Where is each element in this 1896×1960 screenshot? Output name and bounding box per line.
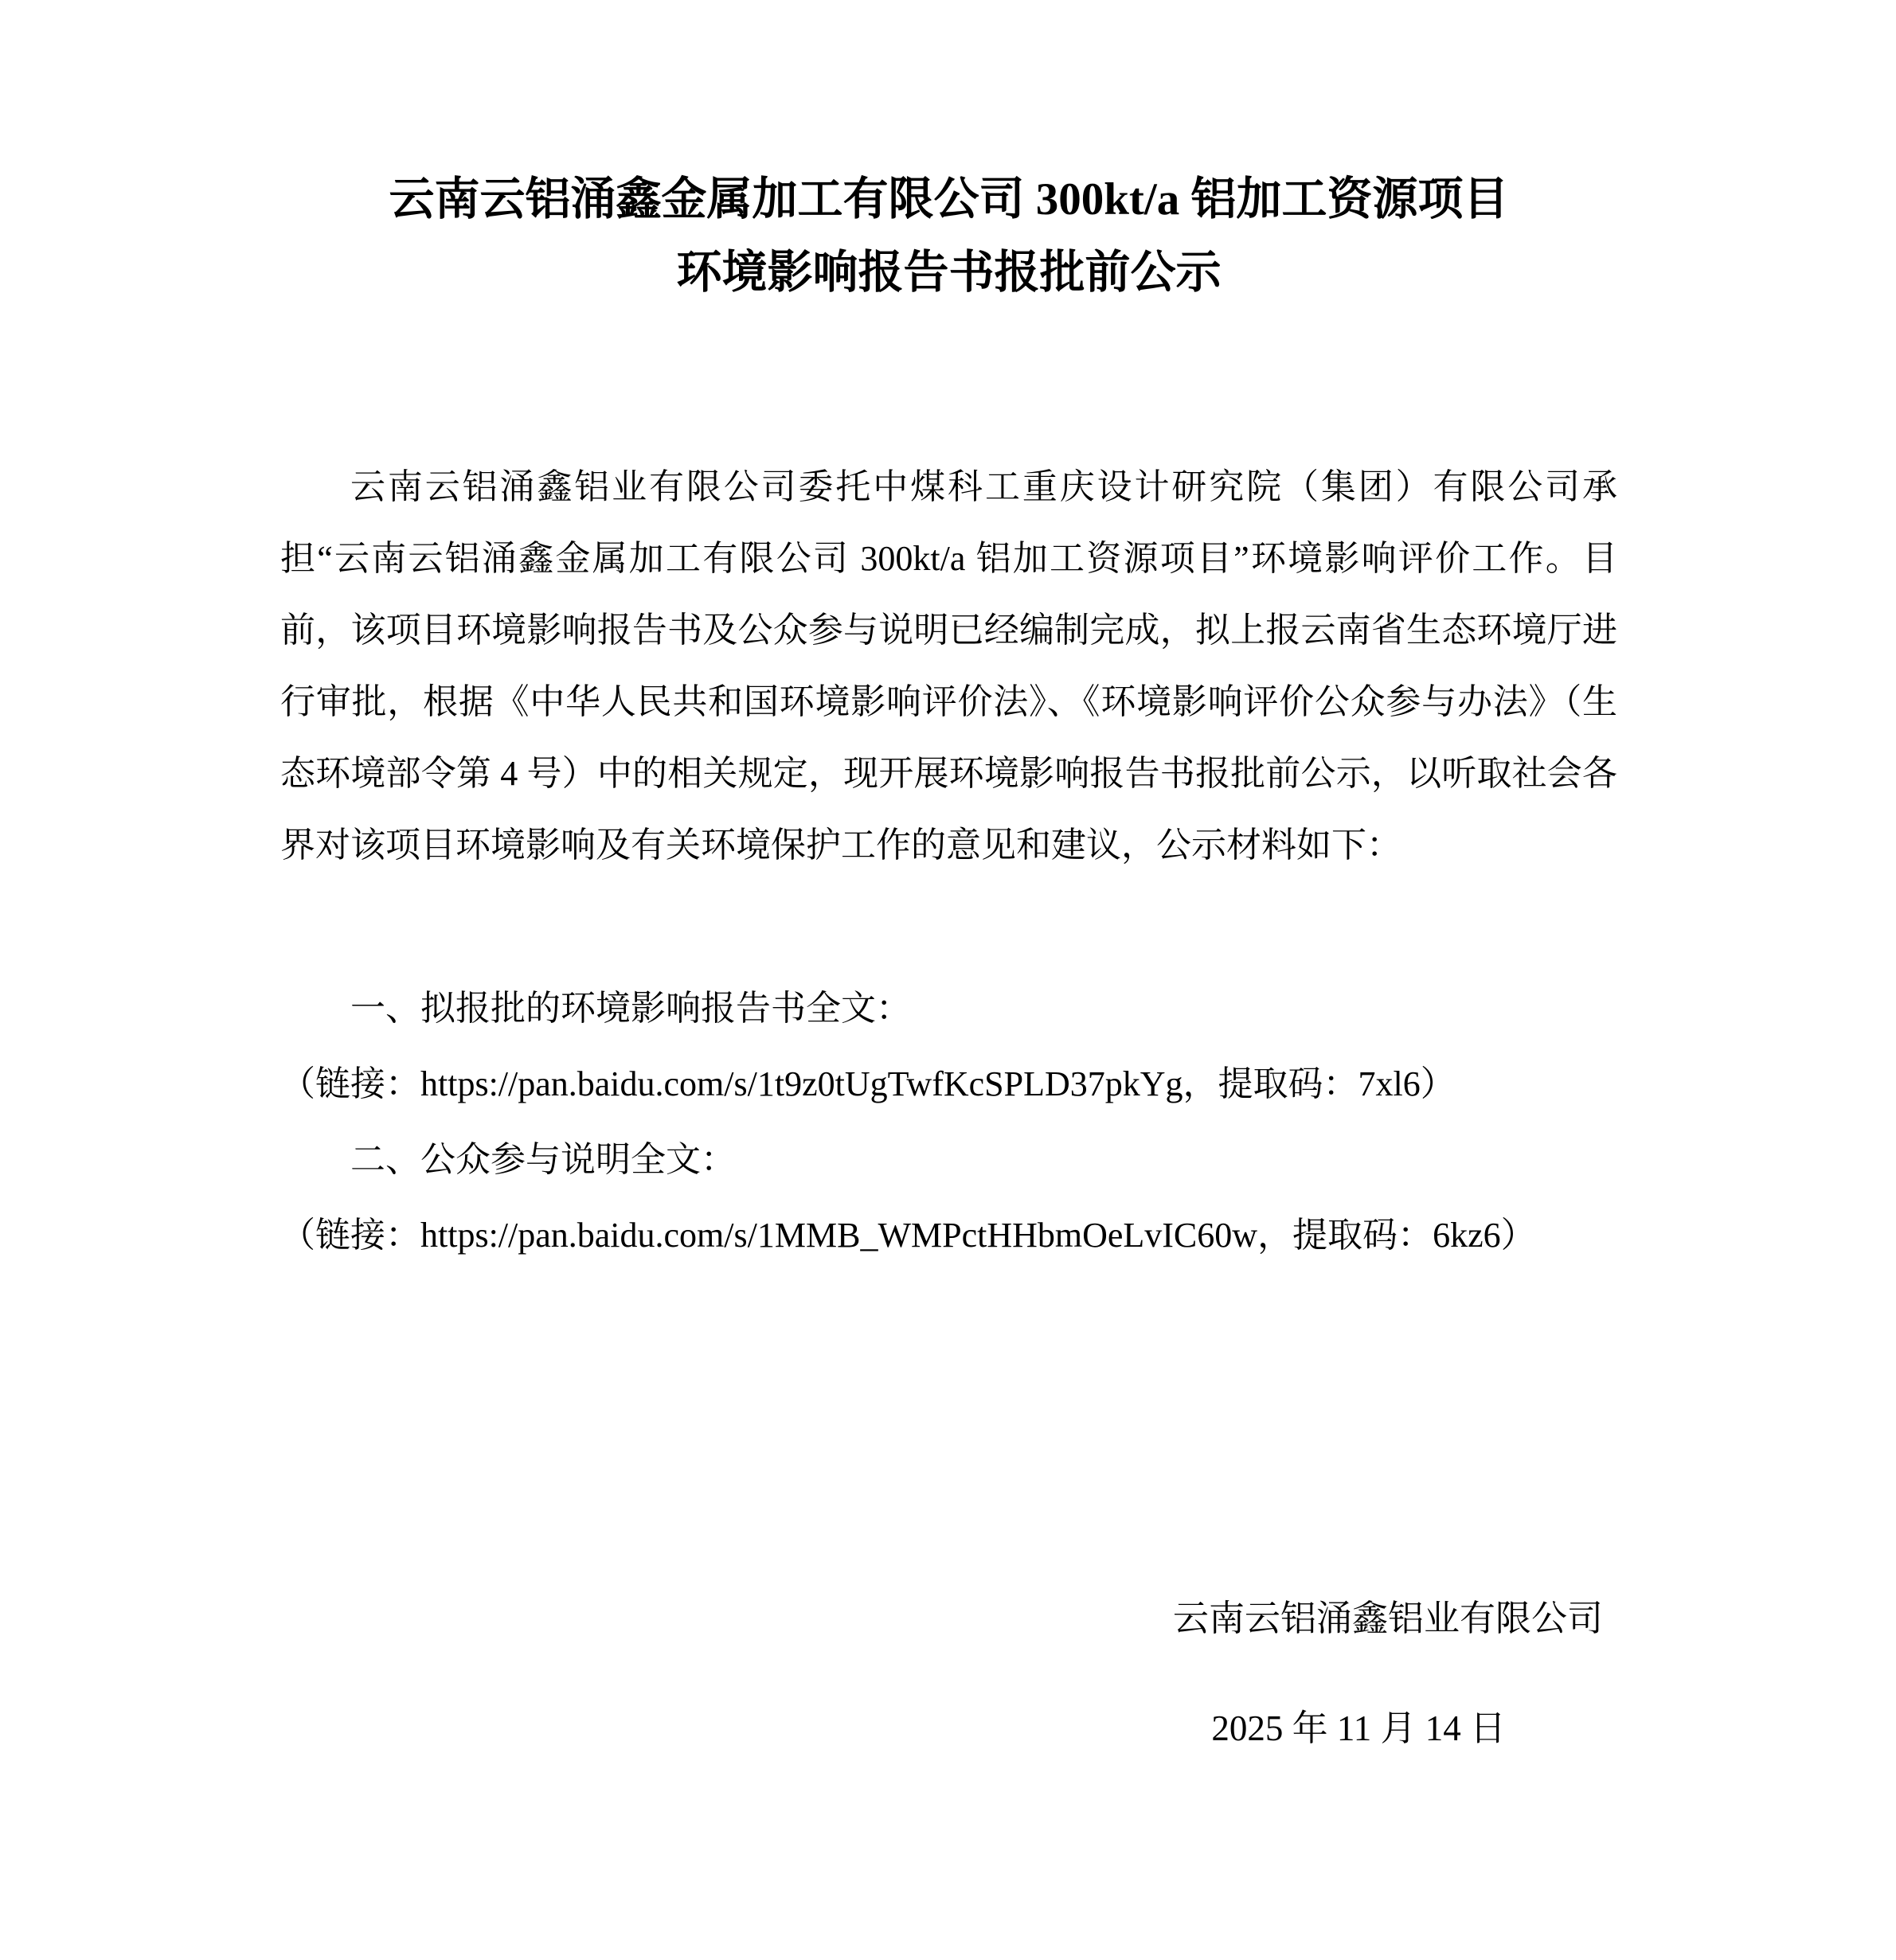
attachment-sections: 一、拟报批的环境影响报告书全文： （链接：https://pan.baidu.c… [280, 970, 1617, 1273]
intro-paragraph: 云南云铝涌鑫铝业有限公司委托中煤科工重庆设计研究院（集团）有限公司承担“云南云铝… [280, 451, 1617, 881]
document-page: 云南云铝涌鑫金属加工有限公司 300kt/a 铝加工资源项目 环境影响报告书报批… [0, 0, 1896, 1960]
section-1-code-label: ，提取码： [1183, 1064, 1358, 1103]
participation-link-url[interactable]: https://pan.baidu.com/s/1MMB_WMPctHHbmOe… [420, 1216, 1257, 1255]
section-1-link-prefix: （链接： [280, 1064, 420, 1103]
signature-date: 2025 年 11 月 14 日 [280, 1692, 1617, 1765]
section-2-link-suffix: ） [1501, 1216, 1536, 1255]
section-2-link-prefix: （链接： [280, 1216, 420, 1255]
participation-extraction-code: 6kz6 [1433, 1216, 1501, 1255]
section-1-link-line: （链接：https://pan.baidu.com/s/1t9z0tUgTwfK… [280, 1046, 1617, 1122]
section-2-code-label: ，提取码： [1257, 1216, 1433, 1255]
section-1-link-suffix: ） [1421, 1064, 1456, 1103]
section-1-heading: 一、拟报批的环境影响报告书全文： [280, 970, 1617, 1046]
section-2-link-line: （链接：https://pan.baidu.com/s/1MMB_WMPctHH… [280, 1197, 1617, 1273]
signature-company: 云南云铝涌鑫铝业有限公司 [280, 1582, 1617, 1655]
document-title-line1: 云南云铝涌鑫金属加工有限公司 300kt/a 铝加工资源项目 [280, 163, 1617, 236]
report-extraction-code: 7xl6 [1358, 1064, 1421, 1103]
document-title-line2: 环境影响报告书报批前公示 [280, 236, 1617, 310]
signature-block: 云南云铝涌鑫铝业有限公司 2025 年 11 月 14 日 [280, 1582, 1617, 1765]
section-2-heading: 二、公众参与说明全文： [280, 1122, 1617, 1197]
report-link-url[interactable]: https://pan.baidu.com/s/1t9z0tUgTwfKcSPL… [420, 1064, 1183, 1103]
document-title: 云南云铝涌鑫金属加工有限公司 300kt/a 铝加工资源项目 环境影响报告书报批… [280, 163, 1617, 310]
